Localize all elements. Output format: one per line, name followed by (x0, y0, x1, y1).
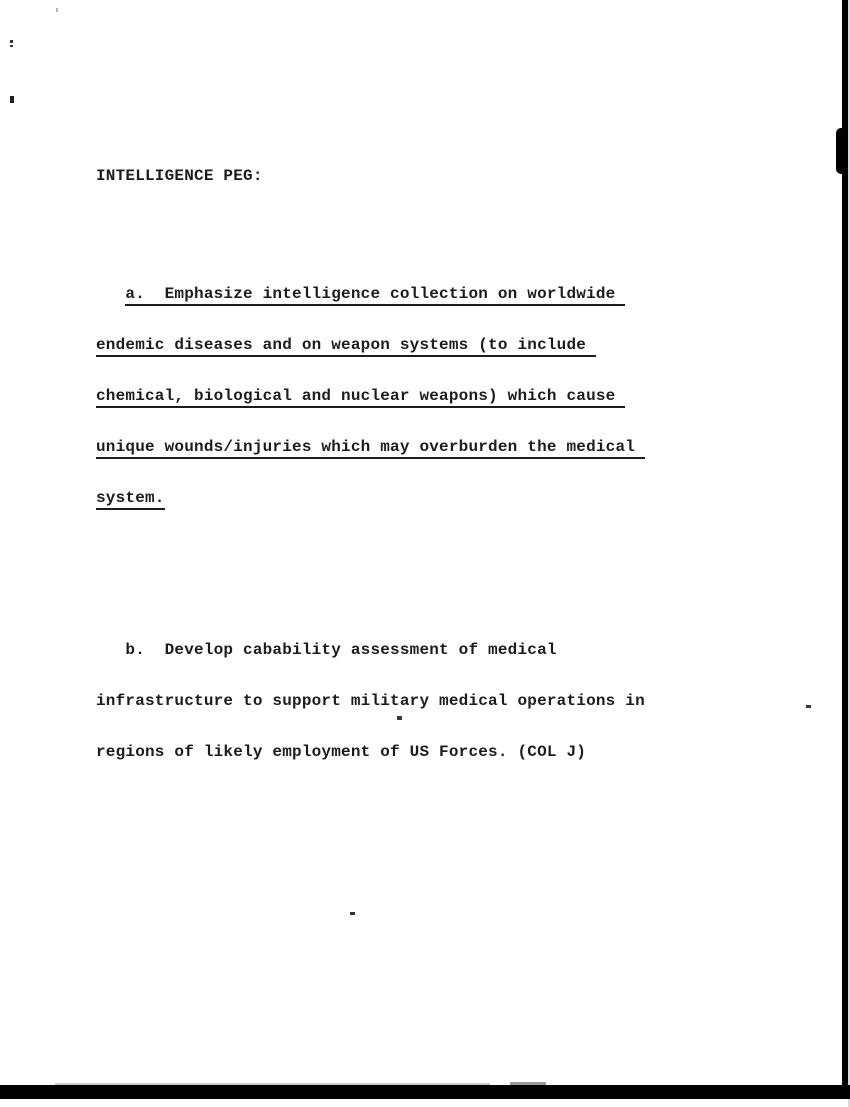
paragraph-a-line: unique wounds/injuries which may overbur… (96, 439, 645, 456)
scan-hairline-dash (510, 1082, 546, 1085)
underlined-text: endemic diseases and on weapon systems (… (96, 336, 596, 357)
scan-edge-bottom-bar (0, 1085, 850, 1099)
scan-speck (10, 45, 13, 47)
underlined-text: system. (96, 489, 165, 510)
document-body-text: INTELLIGENCE PEG: a. Emphasize intellige… (96, 117, 645, 846)
paragraph-a-line: system. (96, 490, 645, 507)
paragraph-a-line: a. Emphasize intelligence collection on … (96, 286, 645, 303)
paragraph-b-line: regions of likely employment of US Force… (96, 744, 645, 761)
scan-speck (397, 716, 402, 720)
scan-edge-right-bulge (836, 128, 844, 174)
scan-speck (350, 912, 355, 915)
underlined-text: chemical, biological and nuclear weapons… (96, 387, 625, 408)
scan-speck (10, 40, 13, 43)
scanned-document-page: INTELLIGENCE PEG: a. Emphasize intellige… (0, 0, 850, 1107)
paragraph-a: a. Emphasize intelligence collection on … (96, 252, 645, 541)
paragraph-a-line: endemic diseases and on weapon systems (… (96, 337, 645, 354)
underlined-text: unique wounds/injuries which may overbur… (96, 438, 645, 459)
paragraph-b: b. Develop cabability assessment of medi… (96, 608, 645, 795)
underlined-text: a. Emphasize intelligence collection on … (125, 285, 625, 306)
scan-speck (806, 705, 811, 708)
paragraph-b-line: infrastructure to support military medic… (96, 693, 645, 710)
paragraph-a-line: chemical, biological and nuclear weapons… (96, 388, 645, 405)
paragraph-indent (96, 285, 125, 303)
scan-speck (56, 8, 58, 12)
scan-hairline (55, 1083, 490, 1085)
paragraph-b-line: b. Develop cabability assessment of medi… (96, 642, 645, 659)
document-heading: INTELLIGENCE PEG: (96, 168, 645, 185)
scan-speck (10, 96, 14, 103)
